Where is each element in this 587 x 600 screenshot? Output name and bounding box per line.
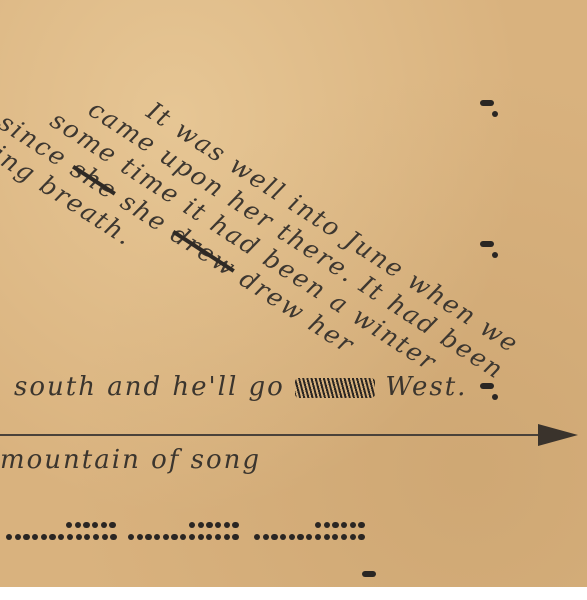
south-west-line: south and he'll go West. (14, 372, 467, 402)
bottom-dash-mark (362, 571, 376, 577)
dot-group-1-top (66, 522, 116, 528)
arrow-head-icon (538, 424, 578, 446)
dot-group-3-top (315, 522, 365, 528)
mountain-of-song-line: mountain of song (0, 445, 261, 475)
west-text: West. (375, 372, 467, 402)
arrow-line (0, 434, 545, 436)
dot-group-2-top (189, 522, 239, 528)
dot-group-2-bottom (128, 534, 239, 540)
dash-dot-mark-2 (480, 241, 498, 258)
dot-group-3-bottom (254, 534, 365, 540)
kraft-paper-note: It was well into June when we came upon … (0, 0, 587, 587)
dash-dot-mark-3 (480, 383, 498, 400)
passage-line-3: some time it had been a winter (0, 70, 493, 411)
south-line-text: south and he'll go (14, 372, 295, 402)
dash-dot-mark-1 (480, 100, 498, 117)
dot-group-1-bottom (6, 534, 117, 540)
scribbled-out-word (295, 378, 375, 398)
